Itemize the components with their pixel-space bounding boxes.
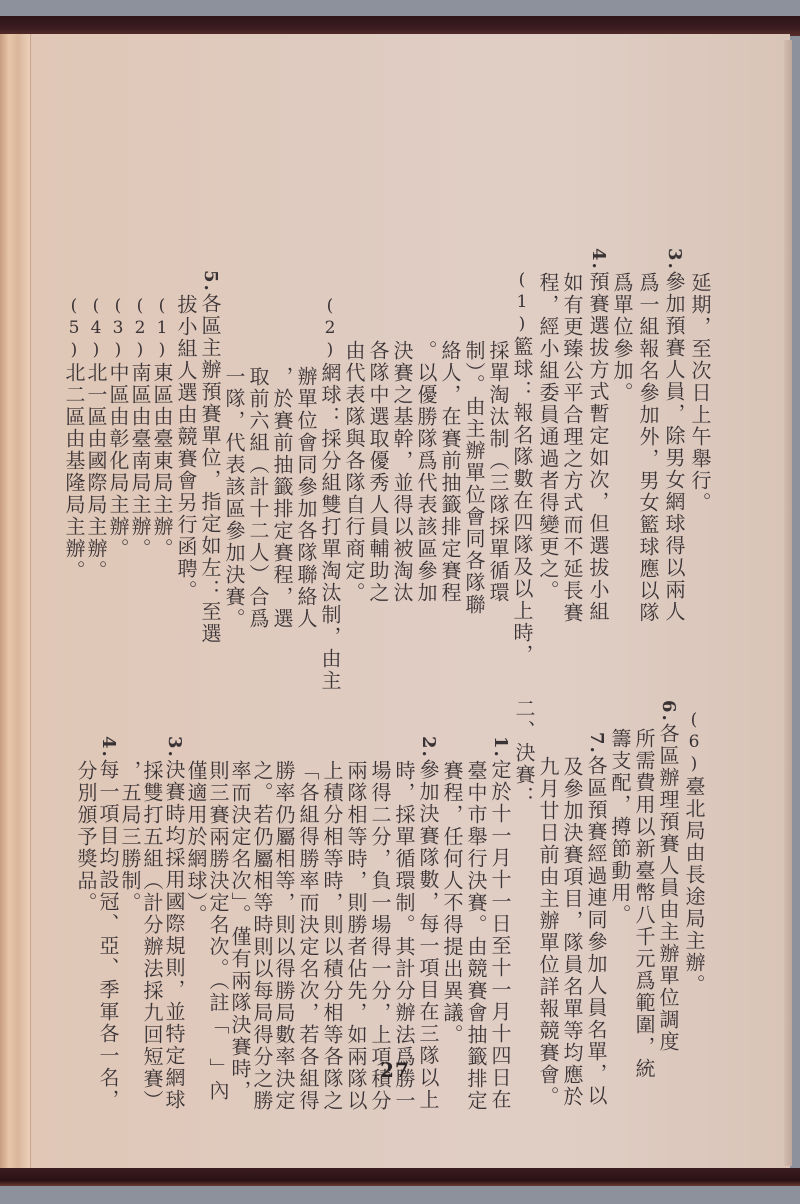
column-text: 採雙打五組（計分辦法採九回短賽）: [140, 760, 164, 1112]
book-cover-bottom-edge: [0, 1168, 800, 1186]
text-column: 各隊中選取優秀人員輔助之: [366, 340, 390, 604]
text-column: ，五局三勝制。: [118, 760, 142, 914]
item-marker: (1): [152, 296, 172, 362]
column-text: 臺北局由長途局主辦。: [682, 776, 706, 996]
section-heading: 二、決賽：: [512, 698, 536, 808]
text-column: (2)南區由臺南局主辦。: [128, 296, 152, 560]
column-text: 預賽選拔方式暫定如次，但選拔小組: [586, 271, 610, 623]
text-column: 爲單位參加。: [610, 272, 634, 404]
item-marker: (5): [64, 296, 84, 362]
column-text: 賽程，任何人不得提出異議。: [440, 760, 464, 1046]
column-text: 爲一組報名參加外，男女籃球應以隊: [636, 272, 660, 624]
column-text: 制）。由主辦單位會同各隊聯: [462, 340, 486, 616]
text-column: 4.每一項目均設冠、亞、季軍各一名，: [96, 736, 120, 1111]
column-text: 籌支配，撙節動用。: [608, 728, 632, 926]
item-marker: 7.: [586, 732, 607, 755]
column-text: 各區主辦預賽單位，指定如左：至選: [198, 293, 222, 645]
text-column: 一隊，代表該區參加決賽。: [222, 366, 246, 630]
column-text: 臺中市舉行決賽。由競賽會抽籤排定: [464, 760, 488, 1112]
item-marker: (3): [108, 296, 128, 362]
column-text: 由代表隊與各隊自行商定。: [342, 340, 366, 604]
column-text: 南區由臺南局主辦。: [128, 362, 152, 560]
column-text: 網球：採分組雙打單淘汰制，由主: [318, 362, 342, 692]
text-column: 採單淘汰制（三隊採單循環: [486, 340, 510, 604]
column-text: 採單淘汰制（三隊採單循環: [486, 340, 510, 604]
column-text: 每一項目均設冠、亞、季軍各一名，: [96, 759, 120, 1111]
column-text: 北二區由基隆局主辦。: [62, 362, 86, 582]
column-text: ，於賽前抽籤排定賽程，選: [270, 366, 294, 630]
column-text: 各區預賽經過連同參加人員名單，以: [584, 755, 608, 1107]
section-marker: 二、: [512, 698, 536, 742]
text-column: (1)籃球：報名隊數在四隊及以上時，: [510, 270, 534, 666]
text-column: 4.預賽選拔方式暫定如次，但選拔小組: [586, 248, 610, 623]
column-text: 參加預賽人員，除男女網球得以兩人: [662, 271, 686, 623]
text-column: 勝率仍屬相等，則以得勝局數率決定: [272, 760, 296, 1112]
column-text: 則三賽兩勝決定名次。（註「 」內: [206, 760, 230, 1102]
item-marker: 1.: [490, 736, 511, 759]
column-text: 一隊，代表該區參加決賽。: [222, 366, 246, 630]
text-column: 3.決賽時均採用國際規則，並特定網球: [162, 736, 186, 1111]
column-text: 中區由彰化局主辦。: [106, 362, 130, 560]
text-column: (3)中區由彰化局主辦。: [106, 296, 130, 560]
text-column: 6.各區辦理預賽人員由主辦單位調度: [656, 700, 680, 1053]
column-text: 勝率仍屬相等，則以得勝局數率決定: [272, 760, 296, 1112]
item-marker: (1): [512, 270, 532, 336]
text-column: 3.參加預賽人員，除男女網球得以兩人: [662, 248, 686, 623]
item-marker: 6.: [658, 700, 679, 723]
text-column: 1.定於十一月十一日至十一月十四日在: [488, 736, 512, 1111]
text-column: (2)網球：採分組雙打單淘汰制，由主: [318, 296, 342, 692]
text-column: 5.各區主辦預賽單位，指定如左：至選: [198, 270, 222, 645]
text-column: 僅適用於網球）。: [184, 760, 208, 926]
column-text: 參加決賽隊數，每一項目在三隊以上: [416, 759, 440, 1111]
column-text: 絡人，在賽前抽籤排定賽程: [438, 340, 462, 604]
text-column: 兩隊相等時，則勝者佔先，如兩隊以: [344, 760, 368, 1112]
column-text: 取前六組（計十二人）合爲: [246, 366, 270, 630]
text-column: 制）。由主辦單位會同各隊聯: [462, 340, 486, 616]
page-gutter-right: [784, 40, 792, 1166]
column-text: 之。若仍屬相等時則以每局得分之勝: [250, 760, 274, 1112]
column-text: 所需費用以新臺幣八千元爲範圍，統: [632, 728, 656, 1080]
text-column: 採雙打五組（計分辦法採九回短賽）: [140, 760, 164, 1112]
column-text: 拔小組人選由競賽會另行函聘。: [174, 294, 198, 602]
book-cover-top-edge: [0, 16, 800, 36]
text-column: ，於賽前抽籤排定賽程，選: [270, 366, 294, 630]
text-column: 延期，至次日上午舉行。: [688, 272, 712, 514]
text-column: 則三賽兩勝決定名次。（註「 」內: [206, 760, 230, 1102]
column-text: ，五局三勝制。: [118, 760, 142, 914]
column-text: 率而決定名次」。僅有兩隊決賽時，: [228, 760, 252, 1102]
column-text: 定於十一月十一日至十一月十四日在: [488, 759, 512, 1111]
text-column: 取前六組（計十二人）合爲: [246, 366, 270, 630]
text-column: (4)北一區由國際局主辦。: [84, 296, 108, 582]
text-column: 九月廿日前由主辦單位詳報競賽會。: [536, 756, 560, 1108]
text-column: 程，經小組委員通過者得變更之。: [536, 272, 560, 602]
column-text: 「各組得勝率而決定名次，若各組得: [296, 760, 320, 1112]
column-text: 辦單位會同參加各隊聯絡人: [294, 366, 318, 630]
column-text: 北一區由國際局主辦。: [84, 362, 108, 582]
column-text: 分別頒予獎品。: [74, 760, 98, 914]
column-text: 決賽之基幹，並得以被淘汰: [390, 340, 414, 604]
text-column: 率而決定名次」。僅有兩隊決賽時，: [228, 760, 252, 1102]
text-column: 7.各區預賽經過連同參加人員名單，以: [584, 732, 608, 1107]
text-column: 。以優勝隊爲代表該區參加: [414, 340, 438, 604]
column-text: 九月廿日前由主辦單位詳報競賽會。: [536, 756, 560, 1108]
text-column: 由代表隊與各隊自行商定。: [342, 340, 366, 604]
column-text: 僅適用於網球）。: [184, 760, 208, 926]
text-column: 之。若仍屬相等時則以每局得分之勝: [250, 760, 274, 1112]
text-column: 絡人，在賽前抽籤排定賽程: [438, 340, 462, 604]
text-column: 辦單位會同參加各隊聯絡人: [294, 366, 318, 630]
item-marker: 4.: [588, 248, 609, 271]
text-column: 如有更臻公平合理之方式而不延長賽: [560, 272, 584, 624]
item-marker: 4.: [98, 736, 119, 759]
column-text: 爲單位參加。: [610, 272, 634, 404]
item-marker: (2): [130, 296, 150, 362]
text-column: (6)臺北局由長途局主辦。: [682, 710, 706, 996]
item-marker: (6): [684, 710, 704, 776]
column-text: 。以優勝隊爲代表該區參加: [414, 340, 438, 604]
text-column: 爲一組報名參加外，男女籃球應以隊: [636, 272, 660, 624]
text-column: (1)東區由臺東局主辦。: [150, 296, 174, 560]
column-text: 各隊中選取優秀人員輔助之: [366, 340, 390, 604]
page-number: 27: [380, 1058, 410, 1082]
text-column: 上積分相等時，則以積分相等各隊之: [320, 760, 344, 1112]
text-column: 賽程，任何人不得提出異議。: [440, 760, 464, 1046]
text-column: 2.參加決賽隊數，每一項目在三隊以上: [416, 736, 440, 1111]
text-column: (5)北二區由基隆局主辦。: [62, 296, 86, 582]
text-column: 及參加決賽項目，隊員名單等均應於: [560, 756, 584, 1108]
page-stack-edge: [0, 34, 31, 1170]
column-text: 決賽時均採用國際規則，並特定網球: [162, 759, 186, 1111]
column-text: 延期，至次日上午舉行。: [688, 272, 712, 514]
column-text: 及參加決賽項目，隊員名單等均應於: [560, 756, 584, 1108]
text-column: 拔小組人選由競賽會另行函聘。: [174, 294, 198, 602]
column-text: 籃球：報名隊數在四隊及以上時，: [510, 336, 534, 666]
item-marker: 2.: [418, 736, 439, 759]
column-text: 各區辦理預賽人員由主辦單位調度: [656, 723, 680, 1053]
column-text: 程，經小組委員通過者得變更之。: [536, 272, 560, 602]
item-marker: 5.: [200, 270, 221, 293]
item-marker: 3.: [664, 248, 685, 271]
text-column: 「各組得勝率而決定名次，若各組得: [296, 760, 320, 1112]
item-marker: (4): [86, 296, 106, 362]
column-text: 如有更臻公平合理之方式而不延長賽: [560, 272, 584, 624]
section-title: 決賽：: [512, 742, 536, 808]
text-column: 分別頒予獎品。: [74, 760, 98, 914]
text-column: 所需費用以新臺幣八千元爲範圍，統: [632, 728, 656, 1080]
item-marker: 3.: [164, 736, 185, 759]
column-text: 上積分相等時，則以積分相等各隊之: [320, 760, 344, 1112]
column-text: 兩隊相等時，則勝者佔先，如兩隊以: [344, 760, 368, 1112]
text-column: 臺中市舉行決賽。由競賽會抽籤排定: [464, 760, 488, 1112]
text-column: 籌支配，撙節動用。: [608, 728, 632, 926]
text-column: 決賽之基幹，並得以被淘汰: [390, 340, 414, 604]
column-text: 東區由臺東局主辦。: [150, 362, 174, 560]
item-marker: (2): [320, 296, 340, 362]
